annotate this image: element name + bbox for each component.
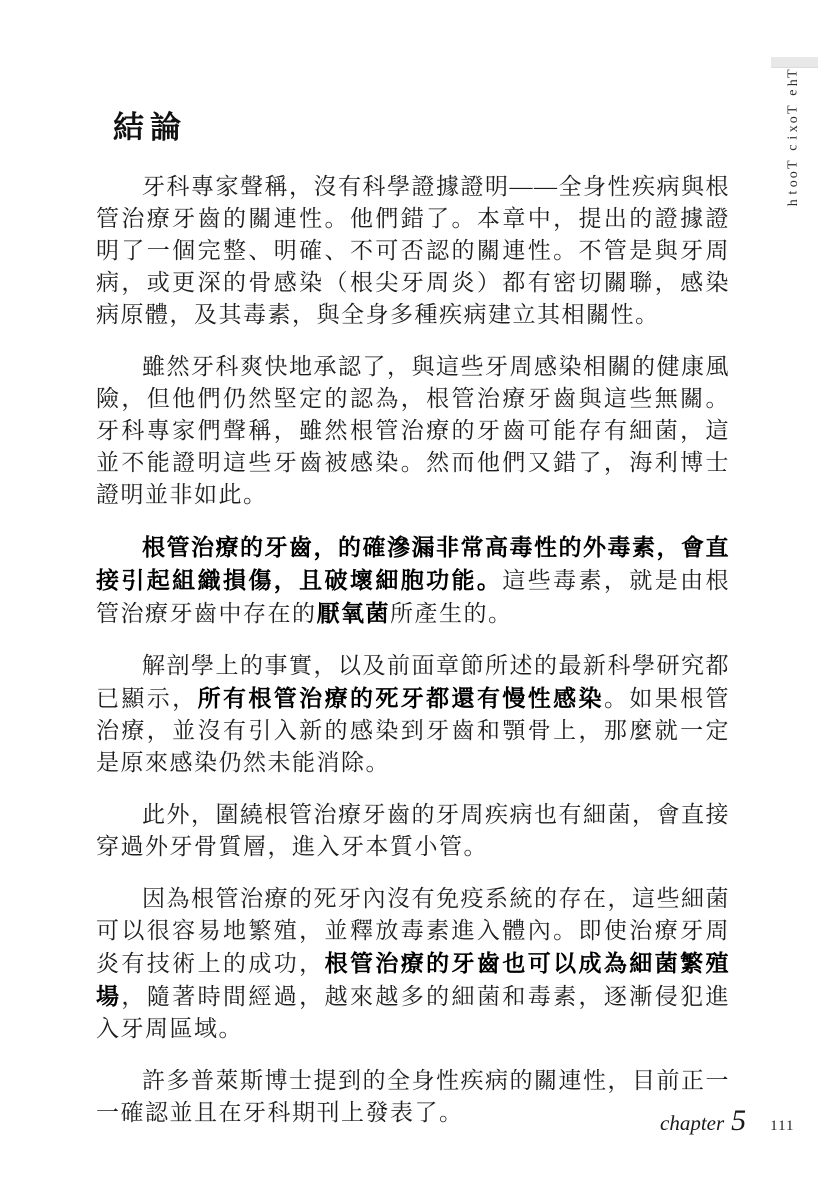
body-text-segment: 許多普萊斯博士提到的全身性疾病的關連性，目前正一一確認並且在牙科期刊上發表了。: [96, 1068, 730, 1125]
body-text-segment: 雖然牙科爽快地承認了，與這些牙周感染相關的健康風險，但他們仍然堅定的認為，根管治…: [96, 354, 730, 507]
paragraph: 根管治療的牙齒，的確滲漏非常高毒性的外毒素，會直接引起組織損傷，且破壞細胞功能。…: [96, 531, 730, 630]
vertical-title-letter: o: [788, 180, 797, 187]
chapter-number: 5: [731, 1104, 746, 1138]
vertical-title-letter: h: [788, 80, 797, 87]
vertical-title-letter: T: [788, 69, 797, 78]
paragraph: 雖然牙科爽快地承認了，與這些牙周感染相關的健康風險，但他們仍然堅定的認為，根管治…: [96, 351, 730, 511]
body-text-segment: 所產生的。: [390, 601, 513, 626]
chapter-label: chapter: [660, 1111, 724, 1136]
vertical-title-letter: T: [788, 161, 797, 170]
edge-band-decoration: [771, 57, 818, 68]
page-content: 結論 牙科專家聲稱，沒有科學證據證明——全身性疾病與根管治療牙齒的關連性。他們錯…: [96, 102, 730, 1149]
page-number: 111: [770, 1118, 794, 1135]
paragraph: 解剖學上的事實，以及前面章節所述的最新科學研究都已顯示，所有根管治療的死牙都還有…: [96, 650, 730, 779]
vertical-title-letter: T: [788, 106, 797, 115]
body-text-segment: 此外，圍繞根管治療牙齒的牙周疾病也有細菌，會直接穿過外牙骨質層，進入牙本質小管。: [96, 802, 730, 859]
emphasis-text: 所有根管治療的死牙都還有慢性感染: [198, 685, 604, 711]
vertical-title-letter: x: [788, 125, 797, 132]
vertical-title-letter: h: [788, 199, 797, 206]
paragraph: 此外，圍繞根管治療牙齒的牙周疾病也有細菌，會直接穿過外牙骨質層，進入牙本質小管。: [96, 799, 730, 863]
paragraph: 牙科專家聲稱，沒有科學證據證明——全身性疾病與根管治療牙齒的關連性。他們錯了。本…: [96, 171, 730, 331]
vertical-title-letter: e: [788, 89, 797, 95]
body-text-segment: ，隨著時間經過，越來越多的細菌和毒素，逐漸侵犯進入牙周區域。: [96, 984, 730, 1041]
vertical-title-letter: t: [788, 191, 797, 195]
page-footer: chapter 5 111: [660, 1104, 795, 1138]
book-title-vertical: TheToxicTooth: [780, 69, 806, 207]
book-page: TheToxicTooth 結論 牙科專家聲稱，沒有科學證據證明——全身性疾病與…: [0, 0, 829, 1201]
body-text: 牙科專家聲稱，沒有科學證據證明——全身性疾病與根管治療牙齒的關連性。他們錯了。本…: [96, 171, 730, 1129]
vertical-title-letter: o: [788, 171, 797, 178]
paragraph: 因為根管治療的死牙內沒有免疫系統的存在，這些細菌可以很容易地繁殖，並釋放毒素進入…: [96, 883, 730, 1045]
section-title: 結論: [113, 102, 730, 147]
body-text-segment: 牙科專家聲稱，沒有科學證據證明——全身性疾病與根管治療牙齒的關連性。他們錯了。本…: [96, 174, 730, 327]
vertical-title-letter: c: [788, 144, 797, 150]
emphasis-text: 厭氧菌: [317, 600, 391, 626]
vertical-title-letter: o: [788, 116, 797, 123]
paragraph: 許多普萊斯博士提到的全身性疾病的關連性，目前正一一確認並且在牙科期刊上發表了。: [96, 1065, 730, 1129]
vertical-title-letter: i: [788, 136, 797, 140]
